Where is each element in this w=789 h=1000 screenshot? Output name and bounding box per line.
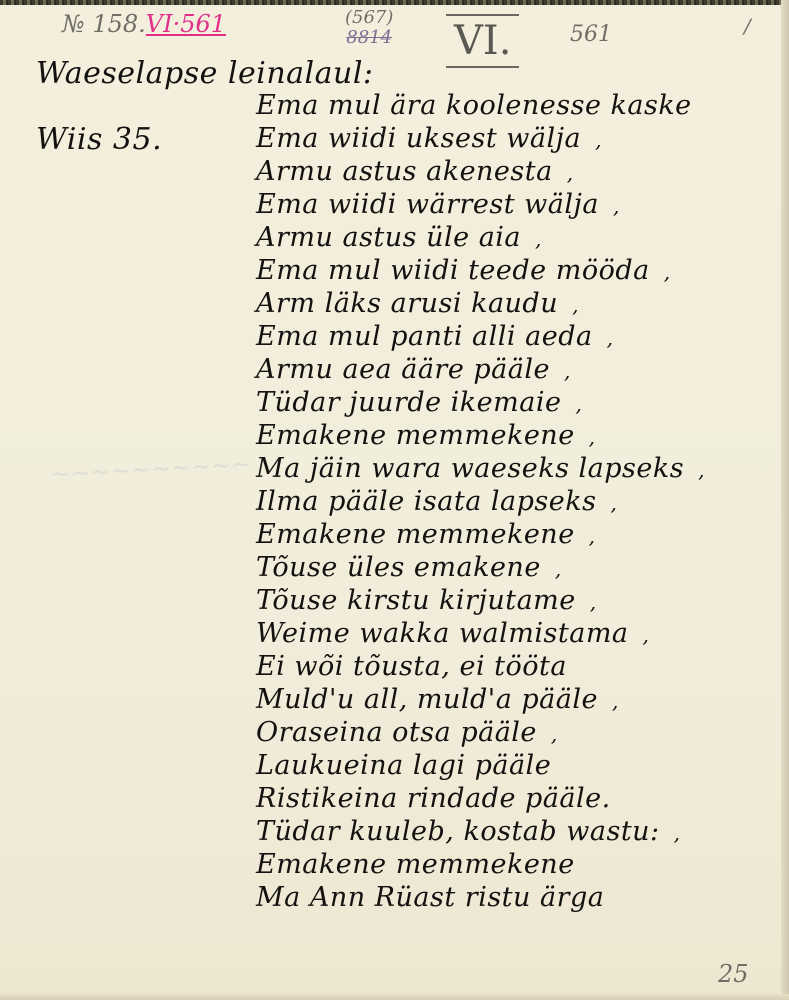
bleed-through-text: ~~~~~~~~~~ (49, 450, 251, 488)
page-number: 25 (718, 960, 749, 988)
verse-line: Arm läks arusi kaudu, (256, 286, 579, 323)
old-number-struck: 8814 (345, 28, 393, 48)
verse-line: Tüdar juurde ikemaie, (256, 385, 582, 422)
song-number-label: Wiis 35. (36, 122, 162, 157)
catalog-number-prefix: № 158. (62, 10, 146, 38)
song-title: Waeselapse leinalaul: (36, 56, 374, 91)
page-right-edge (781, 0, 789, 1000)
verse-line: Ma Ann Rüast ristu ärga (256, 880, 618, 917)
verse-line: Armu astus akenesta, (256, 154, 574, 191)
verse-line: Tüdar kuuleb, kostab wastu:, (256, 814, 681, 851)
verse-line: Armu astus üle aia, (256, 220, 542, 257)
page-bottom-edge (0, 994, 789, 1000)
volume-roman-numeral: VI. (446, 14, 519, 68)
verse-line: Ema mul ära koolenesse kaske (256, 88, 706, 125)
page-reference: 561 (570, 22, 612, 47)
verse-line: Weime wakka walmistama, (256, 616, 649, 653)
verse-line: Ristikeina rindade pääle. (256, 781, 625, 818)
verse-line: Laukueina lagi pääle (256, 748, 565, 785)
old-number-top: (567) (345, 8, 393, 28)
verse-line: Emakene memmekene, (256, 418, 596, 455)
catalog-number: № 158.VI·561 (62, 10, 226, 38)
verse-line: Ma jäin wara waeseks lapseks, (256, 451, 705, 488)
verse-line: Emakene memmekene (256, 847, 589, 884)
verse-line: Ema wiidi wärrest wälja, (256, 187, 620, 224)
page-top-edge (0, 0, 789, 5)
verse-line: Ema mul panti alli aeda, (256, 319, 613, 356)
verse-line: Tõuse kirstu kirjutame, (256, 583, 597, 620)
verse-line: Armu aea ääre pääle, (256, 352, 571, 389)
old-archive-number: (567) 8814 (345, 8, 393, 48)
verse-line: Ilma pääle isata lapseks, (256, 484, 617, 521)
verse-line: Tõuse üles emakene, (256, 550, 562, 587)
verse-line: Emakene memmekene, (256, 517, 596, 554)
verse-line: Ei wõi tõusta, ei tööta (256, 649, 581, 686)
verse-line: Muld'u all, muld'a pääle, (256, 682, 619, 719)
catalog-number-pink: VI·561 (146, 10, 226, 38)
verse-line: Ema mul wiidi teede mööda, (256, 253, 671, 290)
manuscript-page: № 158.VI·561 (567) 8814 VI. 561 / Waesel… (0, 0, 789, 1000)
verse-line: Ema wiidi uksest wälja, (256, 121, 602, 158)
corner-mark: / (744, 14, 751, 38)
verse-line: Oraseina otsa pääle, (256, 715, 558, 752)
